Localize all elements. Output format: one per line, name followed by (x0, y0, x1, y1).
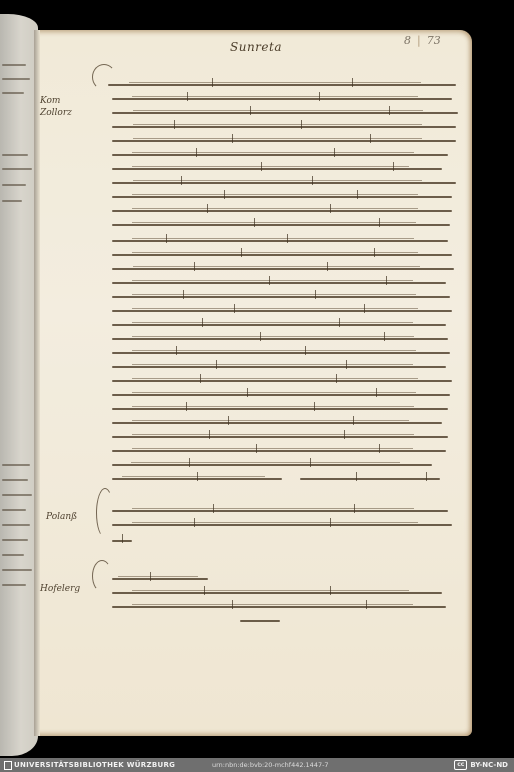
handwriting-line (112, 122, 456, 132)
facing-page-text (2, 539, 28, 541)
handwriting-line (112, 150, 448, 160)
margin-note: Kom (40, 96, 60, 106)
facing-page-text (2, 64, 26, 66)
facing-page-text (2, 569, 32, 571)
handwriting-line (112, 520, 452, 530)
handwriting-line (112, 474, 282, 484)
cc-icon: cc (454, 760, 467, 770)
handwriting-line (112, 164, 442, 174)
initial-flourish (92, 560, 112, 592)
folio-number: 8|73 (404, 34, 441, 47)
facing-page-text (2, 464, 30, 466)
facing-page-text (2, 184, 26, 186)
facing-page-text (2, 168, 32, 170)
margin-note: Hofelerg (40, 584, 80, 594)
facing-page-text (2, 584, 26, 586)
handwriting-line (112, 588, 442, 598)
handwriting-line (112, 192, 452, 202)
handwriting-line (112, 320, 446, 330)
handwriting-line (112, 460, 432, 470)
handwriting-line (112, 206, 452, 216)
facing-page-text (2, 200, 22, 202)
handwriting-line (112, 94, 452, 104)
folio-separator: | (417, 34, 421, 47)
handwriting-line (112, 136, 456, 146)
handwriting-line (112, 404, 448, 414)
handwriting-line (112, 306, 452, 316)
page-gutter (34, 30, 40, 736)
handwriting-line (112, 376, 452, 386)
handwriting-line (112, 278, 446, 288)
margin-note: Zollorz (40, 108, 72, 118)
handwriting-line (112, 432, 448, 442)
handwriting-line (108, 80, 456, 90)
facing-page-text (2, 78, 30, 80)
facing-page-text (2, 524, 30, 526)
handwriting-line (112, 236, 448, 246)
library-name[interactable]: UNIVERSITÄTSBIBLIOTHEK WÜRZBURG (14, 761, 175, 769)
handwriting-line (112, 390, 450, 400)
urn-identifier[interactable]: urn:nbn:de:bvb:20-mchf442.1447-7 (212, 761, 329, 769)
handwriting-line (112, 250, 452, 260)
margin-note: Polanß (46, 512, 77, 522)
facing-page-text (2, 494, 32, 496)
facing-page-text (2, 92, 24, 94)
handwriting-line (112, 220, 450, 230)
handwriting-signature (300, 474, 440, 484)
handwriting-line (112, 362, 446, 372)
viewer-footer: UNIVERSITÄTSBIBLIOTHEK WÜRZBURG urn:nbn:… (0, 758, 514, 772)
page-heading: Sunreta (230, 40, 282, 54)
folio-right: 73 (427, 34, 441, 47)
facing-page-text (2, 554, 24, 556)
facing-page-text (2, 154, 28, 156)
facing-page-text (2, 479, 28, 481)
library-logo-icon (4, 761, 12, 770)
handwriting-line (112, 446, 446, 456)
handwriting-line (112, 292, 450, 302)
handwriting-line (112, 264, 454, 274)
handwriting-line (112, 334, 448, 344)
handwriting-line (112, 506, 448, 516)
handwriting-line (112, 348, 450, 358)
handwriting-line (240, 616, 280, 626)
facing-page-text (2, 509, 26, 511)
handwriting-line (112, 108, 458, 118)
handwriting-line (112, 574, 208, 584)
license-label: BY-NC-ND (470, 761, 508, 769)
handwriting-line (112, 178, 456, 188)
handwriting-line (112, 602, 446, 612)
license[interactable]: cc BY-NC-ND (454, 760, 508, 770)
folio-left: 8 (404, 34, 411, 47)
handwriting-line (112, 536, 132, 546)
handwriting-line (112, 418, 442, 428)
facing-page-left (0, 14, 38, 756)
